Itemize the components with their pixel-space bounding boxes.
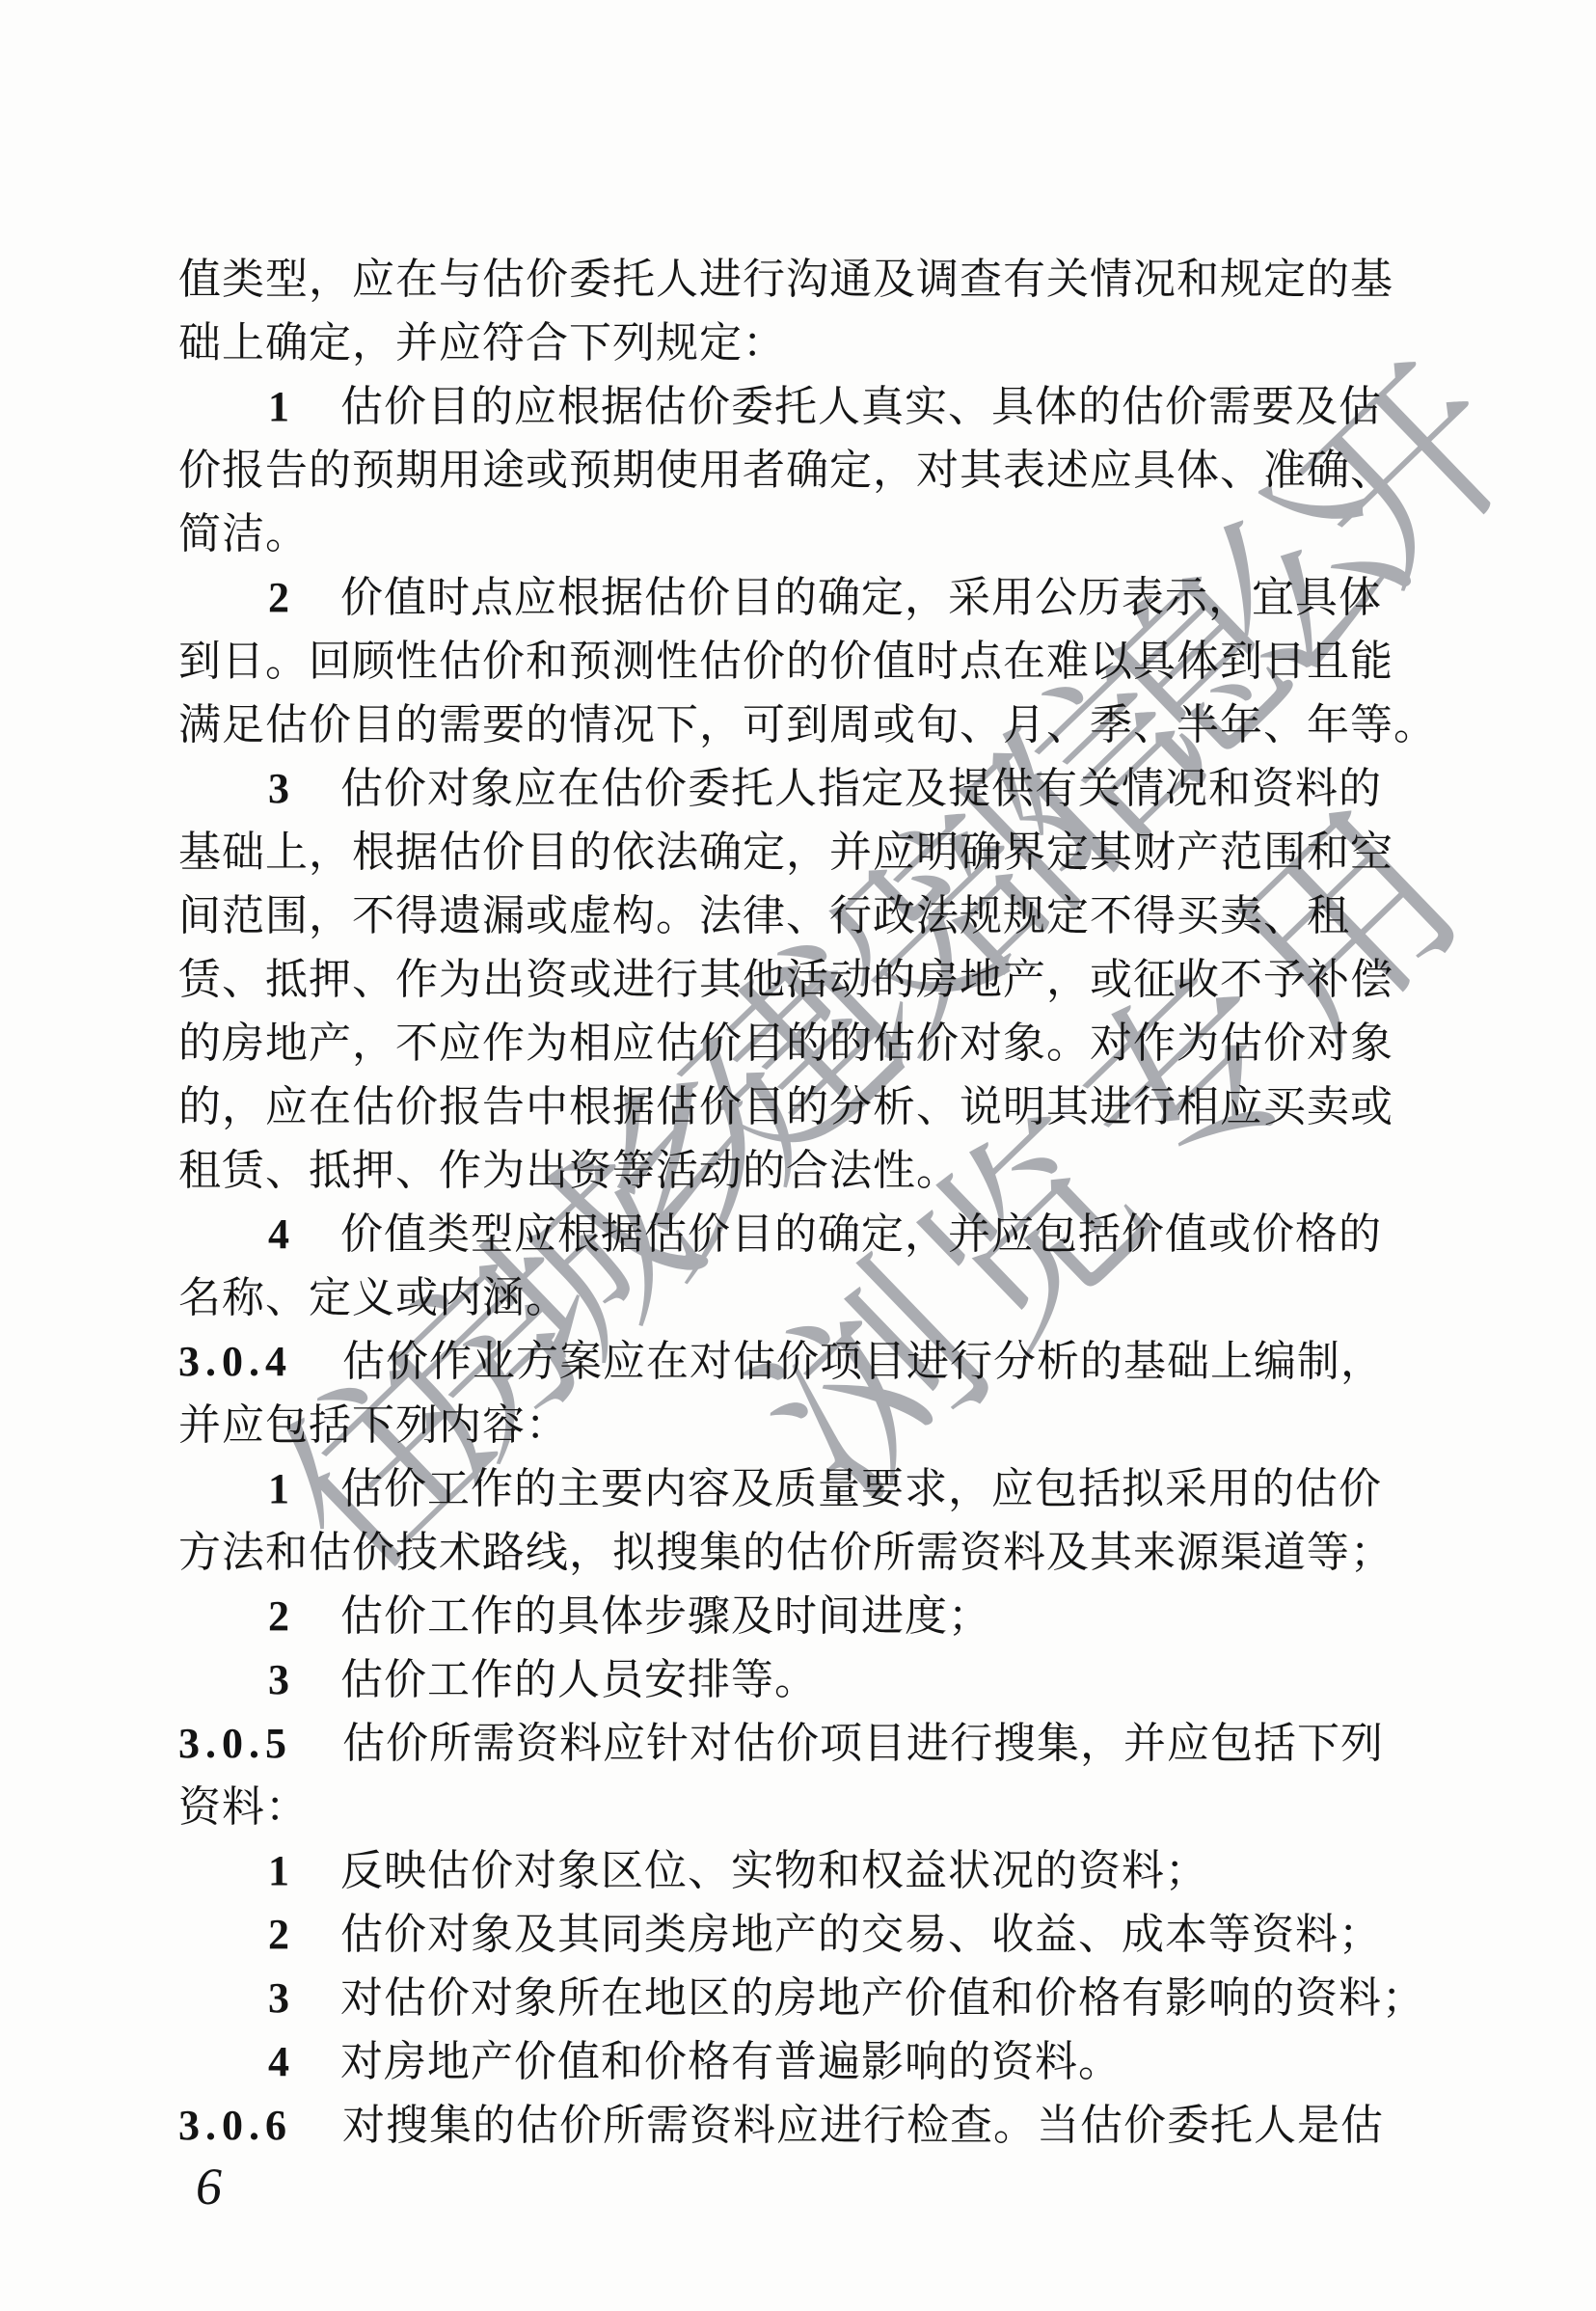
line-text: 并应包括下列内容： (178, 1401, 569, 1449)
line-number: 1 (268, 383, 290, 430)
text-line: 满足估价目的需要的情况下，可到周或旬、月、季、半年、年等。 (178, 693, 1413, 757)
line-number: 3.0.6 (178, 2102, 292, 2149)
text-line: 简洁。 (178, 503, 1413, 566)
line-text: 名称、定义或内涵。 (178, 1274, 569, 1321)
line-number: 3 (268, 765, 290, 812)
line-text: 满足估价目的需要的情况下，可到周或旬、月、季、半年、年等。 (178, 701, 1437, 748)
text-line: 4 对房地产价值和价格有普遍影响的资料。 (178, 2030, 1413, 2094)
line-text: 估价工作的具体步骤及时间进度； (340, 1592, 991, 1640)
text-line: 价报告的预期用途或预期使用者确定，对其表述应具体、准确、 (178, 439, 1413, 503)
line-text: 对估价对象所在地区的房地产价值和价格有影响的资料； (340, 1974, 1425, 2022)
line-text: 估价所需资料应针对估价项目进行搜集，并应包括下列 (342, 1720, 1384, 1767)
line-text: 估价工作的人员安排等。 (340, 1656, 818, 1703)
line-number: 1 (268, 1465, 290, 1512)
line-text: 对搜集的估价所需资料应进行检查。当估价委托人是估 (342, 2102, 1384, 2149)
text-line: 并应包括下列内容： (178, 1394, 1413, 1457)
text-line: 资料： (178, 1776, 1413, 1839)
line-text: 方法和估价技术路线，拟搜集的估价所需资料及其来源渠道等； (178, 1529, 1393, 1576)
text-line: 1 估价工作的主要内容及质量要求，应包括拟采用的估价 (178, 1457, 1413, 1521)
line-text: 对房地产价值和价格有普遍影响的资料。 (340, 2038, 1122, 2085)
text-block: 值类型，应在与估价委托人进行沟通及调查有关情况和规定的基 础上确定，并应符合下列… (178, 248, 1413, 2158)
text-line: 3 估价工作的人员安排等。 (178, 1648, 1413, 1712)
line-number: 4 (268, 1210, 290, 1258)
text-line: 值类型，应在与估价委托人进行沟通及调查有关情况和规定的基 (178, 248, 1413, 312)
line-text: 价报告的预期用途或预期使用者确定，对其表述应具体、准确、 (178, 447, 1393, 494)
line-text: 租赁、抵押、作为出资等活动的合法性。 (178, 1147, 960, 1194)
line-text: 估价目的应根据估价委托人真实、具体的估价需要及估 (340, 383, 1382, 430)
text-line: 赁、抵押、作为出资或进行其他活动的房地产，或征收不予补偿 (178, 948, 1413, 1012)
line-text: 赁、抵押、作为出资或进行其他活动的房地产，或征收不予补偿 (178, 956, 1393, 1003)
document-page: 住房城乡建设部信息公开 浏览专用 值类型，应在与估价委托人进行沟通及调查有关情况… (0, 0, 1596, 2311)
text-line: 3.0.4 估价作业方案应在对估价项目进行分析的基础上编制， (178, 1330, 1413, 1394)
line-text: 础上确定，并应符合下列规定： (178, 319, 786, 367)
text-line: 4 价值类型应根据估价目的确定，并应包括价值或价格的 (178, 1203, 1413, 1266)
line-text: 简洁。 (178, 510, 309, 557)
line-text: 估价工作的主要内容及质量要求，应包括拟采用的估价 (340, 1465, 1382, 1512)
line-number: 2 (268, 574, 290, 621)
text-line: 2 价值时点应根据估价目的确定，采用公历表示，宜具体 (178, 566, 1413, 630)
line-text: 估价对象应在估价委托人指定及提供有关情况和资料的 (340, 765, 1382, 812)
line-text: 价值时点应根据估价目的确定，采用公历表示，宜具体 (340, 574, 1382, 621)
line-text: 到日。回顾性估价和预测性估价的价值时点在难以具体到日且能 (178, 638, 1393, 685)
text-line: 3.0.6 对搜集的估价所需资料应进行检查。当估价委托人是估 (178, 2094, 1413, 2158)
line-text: 估价作业方案应在对估价项目进行分析的基础上编制， (342, 1338, 1384, 1385)
text-line: 1 反映估价对象区位、实物和权益状况的资料； (178, 1839, 1413, 1903)
text-line: 3.0.5 估价所需资料应针对估价项目进行搜集，并应包括下列 (178, 1712, 1413, 1776)
line-number: 3.0.5 (178, 1720, 292, 1767)
line-number: 2 (268, 1911, 290, 1958)
text-line: 的，应在估价报告中根据估价目的分析、说明其进行相应买卖或 (178, 1075, 1413, 1139)
line-text: 值类型，应在与估价委托人进行沟通及调查有关情况和规定的基 (178, 256, 1393, 303)
text-line: 3 估价对象应在估价委托人指定及提供有关情况和资料的 (178, 757, 1413, 821)
line-text: 的，应在估价报告中根据估价目的分析、说明其进行相应买卖或 (178, 1083, 1393, 1130)
text-line: 方法和估价技术路线，拟搜集的估价所需资料及其来源渠道等； (178, 1521, 1413, 1585)
line-text: 间范围，不得遗漏或虚构。法律、行政法规规定不得买卖、租 (178, 892, 1350, 939)
text-line: 基础上，根据估价目的依法确定，并应明确界定其财产范围和空 (178, 821, 1413, 884)
line-text: 的房地产，不应作为相应估价目的的估价对象。对作为估价对象 (178, 1020, 1393, 1067)
text-line: 3 对估价对象所在地区的房地产价值和价格有影响的资料； (178, 1967, 1413, 2030)
text-line: 间范围，不得遗漏或虚构。法律、行政法规规定不得买卖、租 (178, 884, 1413, 948)
line-number: 3.0.4 (178, 1338, 292, 1385)
line-number: 2 (268, 1592, 290, 1640)
page-number: 6 (196, 2157, 222, 2216)
line-number: 3 (268, 1974, 290, 2022)
text-line: 的房地产，不应作为相应估价目的的估价对象。对作为估价对象 (178, 1012, 1413, 1075)
text-line: 2 估价对象及其同类房地产的交易、收益、成本等资料； (178, 1903, 1413, 1967)
line-text: 估价对象及其同类房地产的交易、收益、成本等资料； (340, 1911, 1382, 1958)
text-line: 名称、定义或内涵。 (178, 1266, 1413, 1330)
line-text: 资料： (178, 1783, 309, 1831)
line-number: 3 (268, 1656, 290, 1703)
text-line: 础上确定，并应符合下列规定： (178, 312, 1413, 375)
text-line: 1 估价目的应根据估价委托人真实、具体的估价需要及估 (178, 375, 1413, 439)
text-line: 2 估价工作的具体步骤及时间进度； (178, 1585, 1413, 1648)
line-number: 1 (268, 1847, 290, 1894)
line-text: 基础上，根据估价目的依法确定，并应明确界定其财产范围和空 (178, 829, 1393, 876)
text-line: 到日。回顾性估价和预测性估价的价值时点在难以具体到日且能 (178, 630, 1413, 693)
line-text: 价值类型应根据估价目的确定，并应包括价值或价格的 (340, 1210, 1382, 1258)
text-line: 租赁、抵押、作为出资等活动的合法性。 (178, 1139, 1413, 1203)
line-number: 4 (268, 2038, 290, 2085)
line-text: 反映估价对象区位、实物和权益状况的资料； (340, 1847, 1208, 1894)
